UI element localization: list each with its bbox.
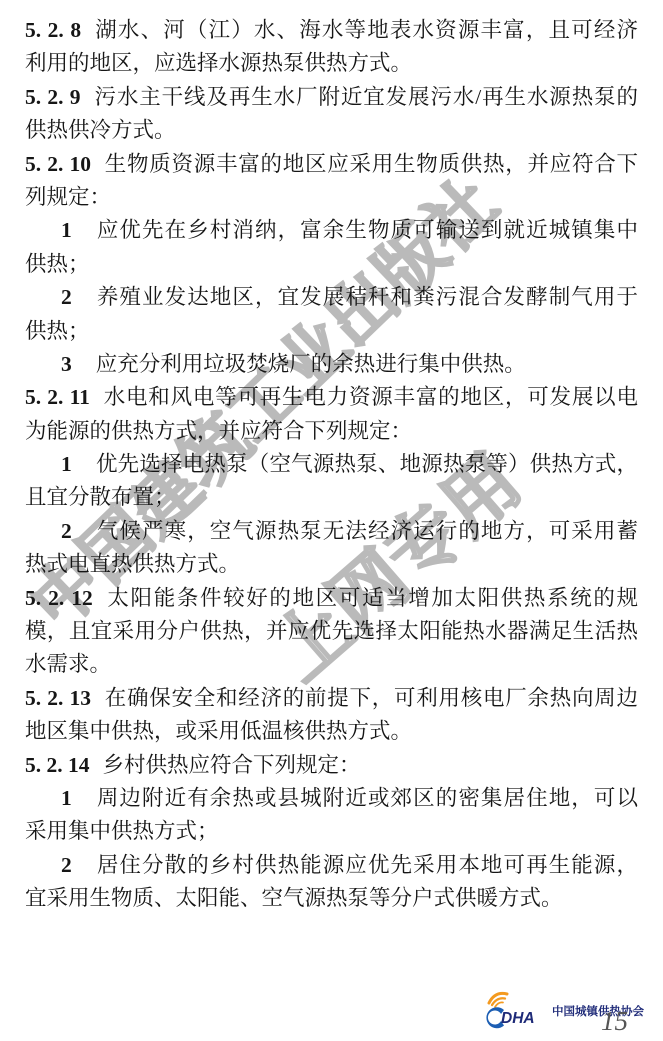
clause-text: 宜采用生物质、太阳能、空气源热泵等分户式供暖方式。: [25, 886, 563, 910]
page-number: 15: [601, 1007, 628, 1037]
clause-number: 5. 2. 10: [25, 152, 91, 176]
text-line: 5. 2. 10生物质资源丰富的地区应采用生物质供热，并应符合下: [25, 148, 638, 181]
clause-text: 供热供冷方式。: [25, 118, 176, 142]
clause-text: 乡村供热应符合下列规定：: [103, 753, 361, 777]
clause-text: 周边附近有余热或县城附近或郊区的密集居住地，可以: [96, 786, 638, 810]
clause-text: 太阳能条件较好的地区可适当增加太阳供热系统的规: [106, 586, 638, 610]
association-name: 中国城镇供热协会: [552, 1003, 644, 1019]
clause-number: 5. 2. 13: [25, 686, 91, 710]
clause-text: 采用集中供热方式；: [25, 819, 219, 843]
clause-text: 水需求。: [25, 652, 111, 676]
clause-text: 水电和风电等可再生电力资源丰富的地区，可发展以电: [103, 385, 638, 409]
clause-text: 在确保安全和经济的前提下，可利用核电厂余热向周边: [104, 686, 638, 710]
text-line: 采用集中供热方式；: [25, 815, 638, 848]
text-line: 地区集中供热，或采用低温核供热方式。: [25, 715, 638, 748]
clause-text: 模，且宜采用分户供热，并应优先选择太阳能热水器满足生活热: [25, 619, 638, 643]
text-line: 为能源的供热方式，并应符合下列规定：: [25, 415, 638, 448]
text-line: 5. 2. 12太阳能条件较好的地区可适当增加太阳供热系统的规: [25, 582, 638, 615]
text-line: 1应优先在乡村消纳，富余生物质可输送到就近城镇集中: [25, 214, 638, 247]
clause-text: 养殖业发达地区，宜发展秸秆和粪污混合发酵制气用于: [96, 285, 638, 309]
clause-text: 湖水、河（江）水、海水等地表水资源丰富，且可经济: [94, 18, 638, 42]
text-line: 宜采用生物质、太阳能、空气源热泵等分户式供暖方式。: [25, 882, 638, 915]
clause-text: 利用的地区，应选择水源热泵供热方式。: [25, 51, 412, 75]
clause-number: 5. 2. 8: [25, 18, 81, 42]
text-line: 5. 2. 8湖水、河（江）水、海水等地表水资源丰富，且可经济: [25, 14, 638, 47]
text-line: 1优先选择电热泵（空气源热泵、地源热泵等）供热方式，: [25, 448, 638, 481]
clause-text: 供热；: [25, 252, 90, 276]
clause-number: 5. 2. 12: [25, 586, 93, 610]
text-line: 利用的地区，应选择水源热泵供热方式。: [25, 47, 638, 80]
clause-text: 且宜分散布置；: [25, 485, 176, 509]
text-line: 2气候严寒，空气源热泵无法经济运行的地方，可采用蓄: [25, 515, 638, 548]
text-line: 供热；: [25, 315, 638, 348]
text-line: 5. 2. 13在确保安全和经济的前提下，可利用核电厂余热向周边: [25, 682, 638, 715]
clause-text: 地区集中供热，或采用低温核供热方式。: [25, 719, 412, 743]
text-line: 列规定：: [25, 181, 638, 214]
clause-text: 生物质资源丰富的地区应采用生物质供热，并应符合下: [104, 152, 638, 176]
clause-text: 居住分散的乡村供热能源应优先采用本地可再生能源，: [96, 853, 638, 877]
item-number: 1: [61, 786, 72, 810]
text-line: 水需求。: [25, 648, 638, 681]
text-line: 3应充分利用垃圾焚烧厂的余热进行集中供热。: [25, 348, 638, 381]
text-line: 热式电直热供热方式。: [25, 548, 638, 581]
logo-abbr: DHA: [501, 1010, 535, 1027]
clause-text: 气候严寒，空气源热泵无法经济运行的地方，可采用蓄: [96, 519, 638, 543]
text-line: 5. 2. 14乡村供热应符合下列规定：: [25, 749, 638, 782]
text-line: 2养殖业发达地区，宜发展秸秆和粪污混合发酵制气用于: [25, 281, 638, 314]
cdha-logo-icon: DHA: [481, 989, 547, 1029]
clause-text: 为能源的供热方式，并应符合下列规定：: [25, 419, 412, 443]
clause-text: 热式电直热供热方式。: [25, 552, 240, 576]
item-number: 1: [61, 218, 72, 242]
text-line: 5. 2. 9污水主干线及再生水厂附近宜发展污水/再生水源热泵的: [25, 81, 638, 114]
item-number: 3: [61, 352, 72, 376]
clause-text: 应优先在乡村消纳，富余生物质可输送到就近城镇集中: [96, 218, 638, 242]
clause-number: 5. 2. 9: [25, 85, 81, 109]
clause-text: 列规定：: [25, 185, 111, 209]
item-number: 2: [61, 853, 72, 877]
clause-number: 5. 2. 14: [25, 753, 90, 777]
clause-text: 优先选择电热泵（空气源热泵、地源热泵等）供热方式，: [96, 452, 638, 476]
text-line: 模，且宜采用分户供热，并应优先选择太阳能热水器满足生活热: [25, 615, 638, 648]
clause-text: 污水主干线及再生水厂附近宜发展污水/再生水源热泵的: [94, 85, 638, 109]
text-line: 2居住分散的乡村供热能源应优先采用本地可再生能源，: [25, 849, 638, 882]
item-number: 1: [61, 452, 72, 476]
text-line: 且宜分散布置；: [25, 481, 638, 514]
text-line: 1周边附近有余热或县城附近或郊区的密集居住地，可以: [25, 782, 638, 815]
clause-text: 供热；: [25, 319, 90, 343]
clause-text: 应充分利用垃圾焚烧厂的余热进行集中供热。: [96, 352, 526, 376]
item-number: 2: [61, 285, 72, 309]
clause-number: 5. 2. 11: [25, 385, 90, 409]
text-line: 5. 2. 11水电和风电等可再生电力资源丰富的地区，可发展以电: [25, 381, 638, 414]
text-line: 供热供冷方式。: [25, 114, 638, 147]
text-line: 供热；: [25, 248, 638, 281]
document-body: 5. 2. 8湖水、河（江）水、海水等地表水资源丰富，且可经济 利用的地区，应选…: [25, 14, 638, 916]
item-number: 2: [61, 519, 72, 543]
